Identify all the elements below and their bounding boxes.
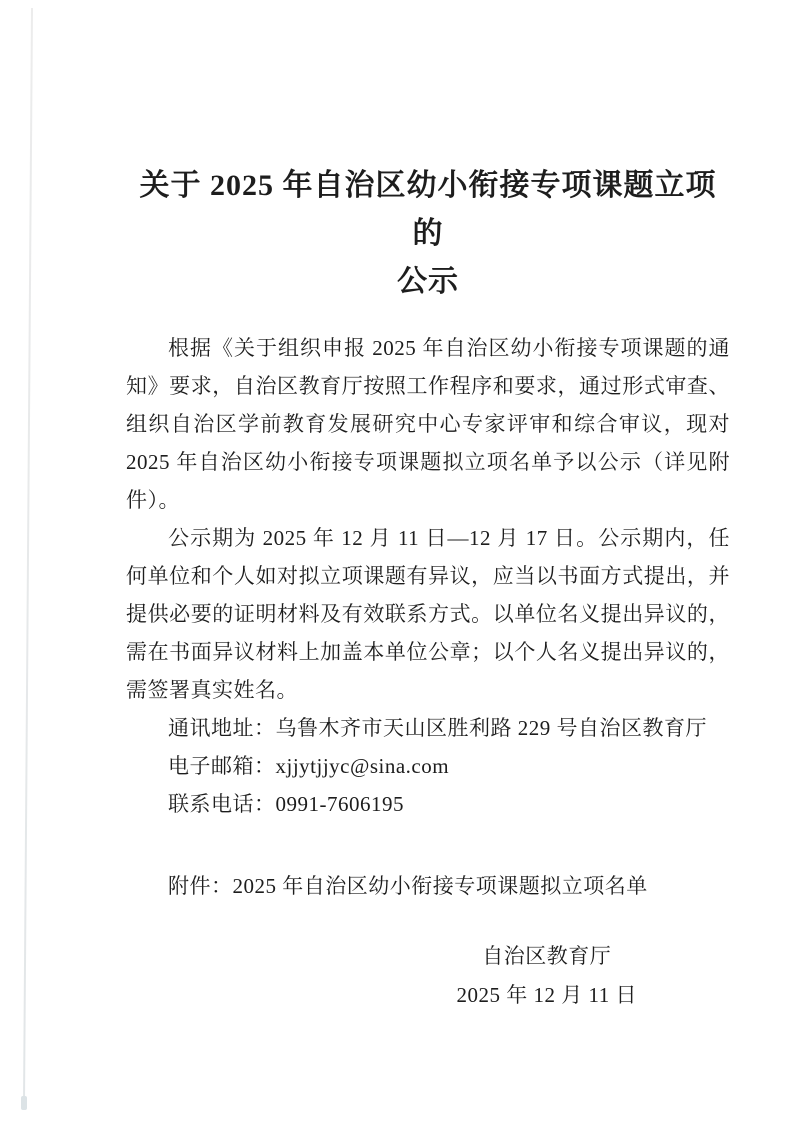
document-title-line1: 关于 2025 年自治区幼小衔接专项课题立项的 <box>140 169 717 250</box>
signature-date: 2025 年 12 月 11 日 <box>457 976 637 1015</box>
signature-block: 自治区教育厅 2025 年 12 月 11 日 <box>457 937 637 1015</box>
document-title-line2: 公示 <box>397 265 459 298</box>
scan-edge-artifact-blob <box>21 1096 27 1110</box>
document-body: 根据《关于组织申报 2025 年自治区幼小衔接专项课题的通知》要求，自治区教育厅… <box>126 329 730 1015</box>
notice-document: 关于 2025 年自治区幼小衔接专项课题立项的 公示 根据《关于组织申报 202… <box>0 0 793 1015</box>
contact-email: 电子邮箱：xjjytjjyc@sina.com <box>126 747 730 785</box>
paragraph-basis: 根据《关于组织申报 2025 年自治区幼小衔接专项课题的通知》要求，自治区教育厅… <box>126 329 730 519</box>
attachment-line: 附件：2025 年自治区幼小衔接专项课题拟立项名单 <box>126 867 730 905</box>
document-page: 关于 2025 年自治区幼小衔接专项课题立项的 公示 根据《关于组织申报 202… <box>0 0 793 1121</box>
paragraph-objection-period: 公示期为 2025 年 12 月 11 日—12 月 17 日。公示期内，任何单… <box>126 519 730 709</box>
document-title: 关于 2025 年自治区幼小衔接专项课题立项的 公示 <box>126 162 730 306</box>
signature-signer: 自治区教育厅 <box>457 937 637 976</box>
contact-address: 通讯地址：乌鲁木齐市天山区胜利路 229 号自治区教育厅 <box>126 709 730 747</box>
contact-phone: 联系电话：0991-7606195 <box>126 785 730 823</box>
